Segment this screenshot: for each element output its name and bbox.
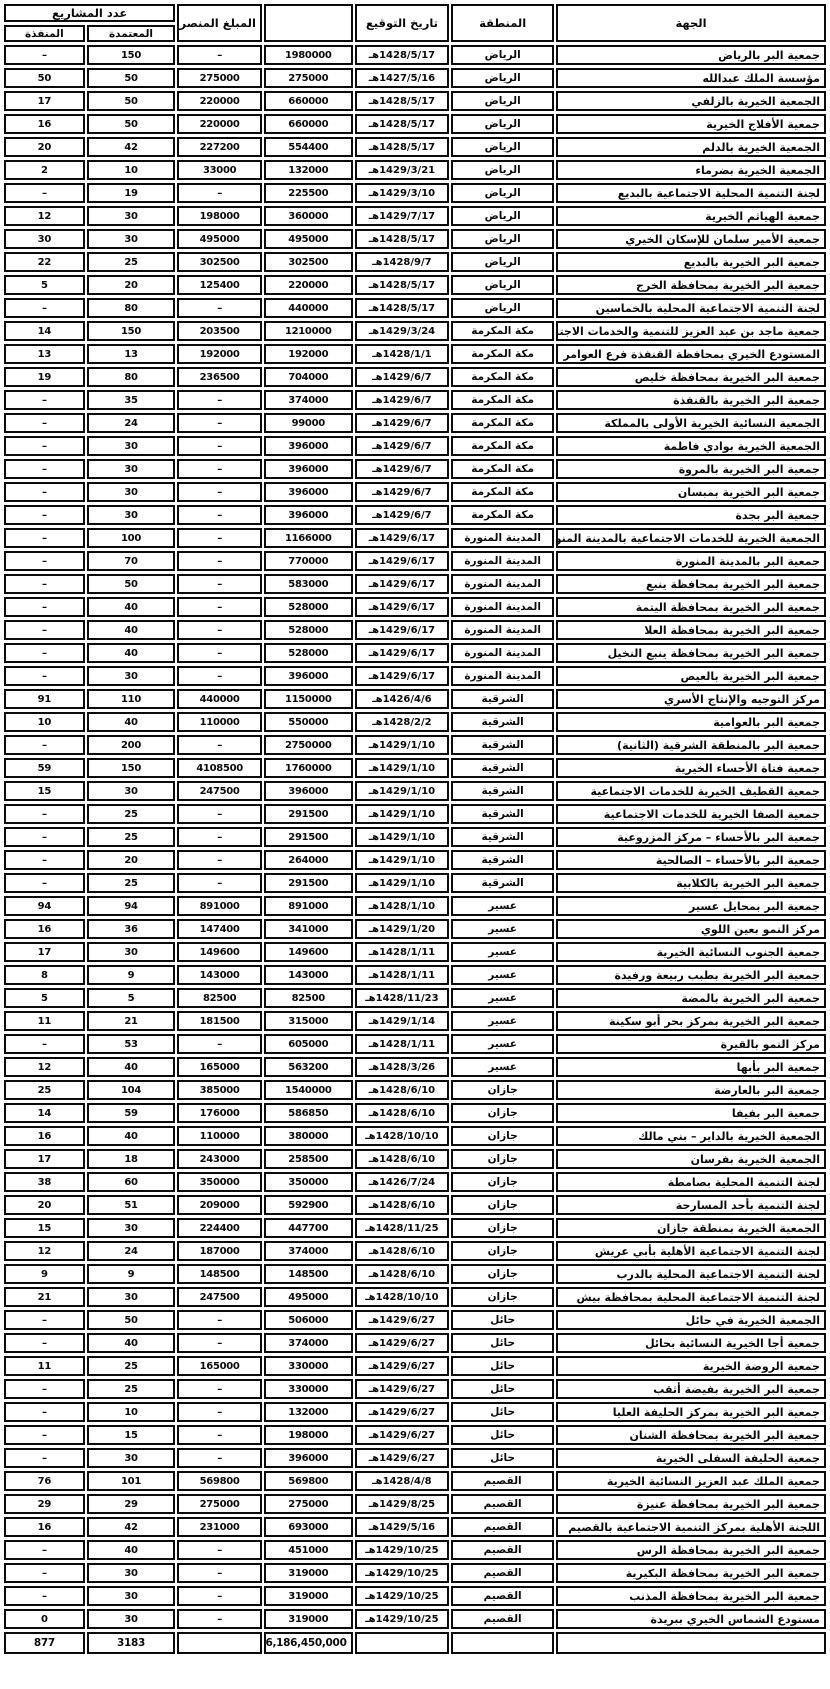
disbursed-cell: – — [177, 436, 262, 456]
region-cell: مكة المكرمة — [451, 436, 554, 456]
executed-count-cell: 29 — [4, 1494, 85, 1514]
table-row: جمعية البر الخيرية بمحافظة الرسالقصيم142… — [4, 1540, 826, 1560]
entity-cell: جمعية القطيف الخيرية للخدمات الاجتماعية — [556, 781, 826, 801]
table-row: جمعية أجا الخيرية النسائية بحائلحائل1429… — [4, 1333, 826, 1353]
region-cell: الرياض — [451, 68, 554, 88]
approved-count-cell: 25 — [87, 1356, 176, 1376]
executed-count-cell: 0 — [4, 1609, 85, 1629]
executed-count-cell: 12 — [4, 1057, 85, 1077]
region-cell: القصيم — [451, 1471, 554, 1491]
executed-count-cell: 15 — [4, 1218, 85, 1238]
region-cell: حائل — [451, 1425, 554, 1445]
disbursed-cell: – — [177, 850, 262, 870]
region-cell: الرياض — [451, 91, 554, 111]
table-row: الجمعية الخيرية للخدمات الاجتماعية بالمد… — [4, 528, 826, 548]
region-cell: الشرقية — [451, 781, 554, 801]
col-header-sign-date: تاريخ التوقيع — [355, 4, 450, 42]
sign-date-cell: 1428/6/10هـ — [355, 1080, 450, 1100]
disbursed-cell: – — [177, 1586, 262, 1606]
amount-cell: 225500 — [264, 183, 353, 203]
entity-cell: جمعية البر بجدة — [556, 505, 826, 525]
executed-count-cell: 76 — [4, 1471, 85, 1491]
approved-count-cell: 29 — [87, 1494, 176, 1514]
executed-count-cell: 21 — [4, 1287, 85, 1307]
amount-cell: 563200 — [264, 1057, 353, 1077]
table-row: جمعية القطيف الخيرية للخدمات الاجتماعيةا… — [4, 781, 826, 801]
sign-date-cell: 1429/6/7هـ — [355, 482, 450, 502]
entity-cell: لجنة التنمية المحلية بصامطة — [556, 1172, 826, 1192]
region-cell: عسير — [451, 1057, 554, 1077]
table-row: مركز النمو بالقيرةعسير1428/1/11هـ605000–… — [4, 1034, 826, 1054]
approved-count-cell: 42 — [87, 1517, 176, 1537]
entity-cell: جمعية فتاة الأحساء الخيرية — [556, 758, 826, 778]
entity-cell: جمعية الروضة الخيرية — [556, 1356, 826, 1376]
table-row: جمعية الهياثم الخيريةالرياض1429/7/17هـ36… — [4, 206, 826, 226]
entity-cell: جمعية البر بالأحساء – الصالحية — [556, 850, 826, 870]
entity-cell: جمعية الهياثم الخيرية — [556, 206, 826, 226]
amount-cell: 132000 — [264, 160, 353, 180]
disbursed-cell: – — [177, 804, 262, 824]
region-cell: الشرقية — [451, 804, 554, 824]
approved-count-cell: 18 — [87, 1149, 176, 1169]
amount-cell: 891000 — [264, 896, 353, 916]
amount-cell: 319000 — [264, 1563, 353, 1583]
approved-count-cell: 40 — [87, 1126, 176, 1146]
sign-date-cell: 1429/5/16هـ — [355, 1517, 450, 1537]
executed-count-cell: 11 — [4, 1011, 85, 1031]
col-header-entity: الجهة — [556, 4, 826, 42]
amount-cell: 149600 — [264, 942, 353, 962]
executed-count-cell: 11 — [4, 1356, 85, 1376]
executed-count-cell: 16 — [4, 919, 85, 939]
amount-cell: 1150000 — [264, 689, 353, 709]
disbursed-cell: 385000 — [177, 1080, 262, 1100]
table-row: جمعية البر الخيرية بمحافظة ينبع النخيلال… — [4, 643, 826, 663]
region-cell: جازان — [451, 1149, 554, 1169]
table-row: لجنة التنمية المحلية الاجتماعية بالبديعا… — [4, 183, 826, 203]
approved-count-cell: 100 — [87, 528, 176, 548]
disbursed-cell: – — [177, 1563, 262, 1583]
entity-cell: جمعية البر الخيرية بمحافظة اليتمة — [556, 597, 826, 617]
approved-count-cell: 50 — [87, 1310, 176, 1330]
region-cell: مكة المكرمة — [451, 367, 554, 387]
entity-cell: مركز النمو بعين اللوي — [556, 919, 826, 939]
disbursed-cell: 275000 — [177, 1494, 262, 1514]
approved-count-cell: 200 — [87, 735, 176, 755]
disbursed-cell: – — [177, 827, 262, 847]
entity-cell: الجمعية الخيرية بالداير – بني مالك — [556, 1126, 826, 1146]
disbursed-cell: 891000 — [177, 896, 262, 916]
approved-count-cell: 30 — [87, 1586, 176, 1606]
region-cell: حائل — [451, 1310, 554, 1330]
table-row: جمعية الصفا الخيرية للخدمات الاجتماعيةال… — [4, 804, 826, 824]
disbursed-cell: 247500 — [177, 1287, 262, 1307]
disbursed-cell: – — [177, 183, 262, 203]
table-row: لجنة التنمية الاجتماعية الأهلية بأبي عري… — [4, 1241, 826, 1261]
amount-cell: 770000 — [264, 551, 353, 571]
executed-count-cell: – — [4, 1333, 85, 1353]
region-cell: مكة المكرمة — [451, 390, 554, 410]
amount-cell: 319000 — [264, 1586, 353, 1606]
executed-count-cell: 2 — [4, 160, 85, 180]
table-row: الجمعية الخيرية بوادي فاطمةمكة المكرمة14… — [4, 436, 826, 456]
region-cell: الشرقية — [451, 873, 554, 893]
entity-cell: الجمعية الخيرية بالدلم — [556, 137, 826, 157]
region-cell: الرياض — [451, 252, 554, 272]
region-cell: المدينة المنورة — [451, 620, 554, 640]
table-row: جمعية البر الخيرية بمحافظة اليتمةالمدينة… — [4, 597, 826, 617]
approved-count-cell: 10 — [87, 1402, 176, 1422]
amount-cell: 495000 — [264, 229, 353, 249]
table-row: جمعية الجنوب النسائية الخيريةعسير1428/1/… — [4, 942, 826, 962]
approved-count-cell: 30 — [87, 666, 176, 686]
amount-cell: 148500 — [264, 1264, 353, 1284]
executed-count-cell: – — [4, 183, 85, 203]
table-row: جمعية البر الخيرية بفيضة أثقبحائل1429/6/… — [4, 1379, 826, 1399]
executed-count-cell: – — [4, 620, 85, 640]
grants-table: الجهة المنطقة تاريخ التوقيع المبلغ المنص… — [2, 1, 828, 1657]
disbursed-cell: 82500 — [177, 988, 262, 1008]
amount-cell: 693000 — [264, 1517, 353, 1537]
sign-date-cell: 1429/1/10هـ — [355, 873, 450, 893]
region-cell: عسير — [451, 1034, 554, 1054]
approved-count-cell: 30 — [87, 1448, 176, 1468]
region-cell: الرياض — [451, 206, 554, 226]
table-row: جمعية البر الخيرية بمحافظة عنيزةالقصيم14… — [4, 1494, 826, 1514]
approved-count-cell: 40 — [87, 597, 176, 617]
sign-date-cell: 1429/6/7هـ — [355, 436, 450, 456]
region-cell: القصيم — [451, 1540, 554, 1560]
executed-count-cell: – — [4, 1425, 85, 1445]
executed-count-cell: 8 — [4, 965, 85, 985]
amount-cell: 291500 — [264, 827, 353, 847]
table-row: جمعية البر بالأحساء – مركز المزروعيةالشر… — [4, 827, 826, 847]
entity-cell: مستودع الشماس الخيري ببريدة — [556, 1609, 826, 1629]
approved-count-cell: 70 — [87, 551, 176, 571]
table-row: جمعية الأفلاج الخيريةالرياض1428/5/17هـ66… — [4, 114, 826, 134]
entity-cell: اللجنة الأهلية بمركز التنمية الاجتماعية … — [556, 1517, 826, 1537]
approved-count-cell: 21 — [87, 1011, 176, 1031]
sign-date-cell: 1428/1/11هـ — [355, 965, 450, 985]
executed-count-cell: – — [4, 1563, 85, 1583]
table-row: لجنة التنمية المحلية بصامطةجازان1426/7/2… — [4, 1172, 826, 1192]
region-cell: الرياض — [451, 45, 554, 65]
amount-cell: 192000 — [264, 344, 353, 364]
region-cell: جازان — [451, 1195, 554, 1215]
approved-count-cell: 59 — [87, 1103, 176, 1123]
table-row: الجمعية الخيرية بالداير – بني مالكجازان1… — [4, 1126, 826, 1146]
region-cell: مكة المكرمة — [451, 505, 554, 525]
entity-cell: المستودع الخيري بمحافظة القنفذة فرع العو… — [556, 344, 826, 364]
region-cell: الشرقية — [451, 712, 554, 732]
region-cell: المدينة المنورة — [451, 574, 554, 594]
disbursed-cell: – — [177, 1540, 262, 1560]
sign-date-cell: 1429/1/10هـ — [355, 827, 450, 847]
approved-count-cell: 42 — [87, 137, 176, 157]
approved-count-cell: 30 — [87, 436, 176, 456]
approved-count-cell: 30 — [87, 942, 176, 962]
disbursed-cell: – — [177, 735, 262, 755]
amount-cell: 704000 — [264, 367, 353, 387]
executed-count-cell: 16 — [4, 114, 85, 134]
table-row: جمعية البر الخيرية بمبسانمكة المكرمة1429… — [4, 482, 826, 502]
disbursed-cell: 33000 — [177, 160, 262, 180]
table-row: جمعية البر بالمدينة المنورةالمدينة المنو… — [4, 551, 826, 571]
sign-date-cell: 1429/6/7هـ — [355, 459, 450, 479]
entity-cell: جمعية البر بالرياض — [556, 45, 826, 65]
executed-count-cell: – — [4, 505, 85, 525]
entity-cell: جمعية البر الخيرية بالقنفذة — [556, 390, 826, 410]
disbursed-cell: 350000 — [177, 1172, 262, 1192]
disbursed-cell: – — [177, 1609, 262, 1629]
entity-cell: مؤسسة الملك عبدالله — [556, 68, 826, 88]
table-row: جمعية البر الخيرية بالكلابيةالشرقية1429/… — [4, 873, 826, 893]
sign-date-cell: 1429/6/27هـ — [355, 1379, 450, 1399]
disbursed-cell: 224400 — [177, 1218, 262, 1238]
approved-count-cell: 30 — [87, 1287, 176, 1307]
region-cell: جازان — [451, 1126, 554, 1146]
region-cell: جازان — [451, 1080, 554, 1100]
region-cell: الرياض — [451, 183, 554, 203]
executed-count-cell: – — [4, 413, 85, 433]
disbursed-cell: 176000 — [177, 1103, 262, 1123]
executed-count-cell: 30 — [4, 229, 85, 249]
disbursed-cell: – — [177, 298, 262, 318]
disbursed-cell: 231000 — [177, 1517, 262, 1537]
region-cell: القصيم — [451, 1494, 554, 1514]
disbursed-cell: 495000 — [177, 229, 262, 249]
amount-cell: 586850 — [264, 1103, 353, 1123]
amount-cell: 451000 — [264, 1540, 353, 1560]
amount-cell: 132000 — [264, 1402, 353, 1422]
approved-count-cell: 24 — [87, 413, 176, 433]
disbursed-cell: – — [177, 1425, 262, 1445]
sign-date-cell: 1429/6/17هـ — [355, 528, 450, 548]
sign-date-cell: 1429/6/27هـ — [355, 1402, 450, 1422]
region-cell: القصيم — [451, 1563, 554, 1583]
disbursed-cell: 569800 — [177, 1471, 262, 1491]
executed-count-cell: 12 — [4, 1241, 85, 1261]
disbursed-cell: – — [177, 873, 262, 893]
table-row: جمعية البر الخيرية بمحافظة الشنانحائل142… — [4, 1425, 826, 1445]
approved-count-cell: 20 — [87, 275, 176, 295]
table-row: جمعية البر بالمنطقة الشرقية (الثانية)الش… — [4, 735, 826, 755]
amount-cell: 396000 — [264, 459, 353, 479]
amount-cell: 396000 — [264, 666, 353, 686]
sign-date-cell: 1429/6/27هـ — [355, 1356, 450, 1376]
executed-count-cell: 16 — [4, 1126, 85, 1146]
table-row: جمعية البر الخيرية بالقنفذةمكة المكرمة14… — [4, 390, 826, 410]
disbursed-cell: – — [177, 574, 262, 594]
disbursed-cell: 236500 — [177, 367, 262, 387]
table-row: جمعية البر الخيرية بمركز الحليفة العلياح… — [4, 1402, 826, 1422]
executed-count-cell: 12 — [4, 206, 85, 226]
sign-date-cell: 1429/8/25هـ — [355, 1494, 450, 1514]
executed-count-cell: 14 — [4, 1103, 85, 1123]
table-row: الجمعية النسائية الخيرية الأولى بالمملكة… — [4, 413, 826, 433]
sign-date-cell: 1429/3/21هـ — [355, 160, 450, 180]
disbursed-cell: 4108500 — [177, 758, 262, 778]
executed-count-cell: – — [4, 574, 85, 594]
region-cell: مكة المكرمة — [451, 459, 554, 479]
amount-cell: 275000 — [264, 1494, 353, 1514]
amount-cell: 506000 — [264, 1310, 353, 1330]
executed-count-cell: – — [4, 1540, 85, 1560]
table-row: جمعية البر الخيرية بالبديعالرياض1428/9/7… — [4, 252, 826, 272]
entity-cell: لجنة التنمية الاجتماعية المحلية بمحافظة … — [556, 1287, 826, 1307]
disbursed-cell: 143000 — [177, 965, 262, 985]
table-row: المستودع الخيري بمحافظة القنفذة فرع العو… — [4, 344, 826, 364]
entity-cell: جمعية البر بفيفا — [556, 1103, 826, 1123]
table-row: اللجنة الأهلية بمركز التنمية الاجتماعية … — [4, 1517, 826, 1537]
amount-cell: 258500 — [264, 1149, 353, 1169]
table-row: جمعية البر بفيفاجازان1428/6/10هـ58685017… — [4, 1103, 826, 1123]
entity-cell: لجنة التنمية المحلية الاجتماعية بالبديع — [556, 183, 826, 203]
sign-date-cell: 1428/4/8هـ — [355, 1471, 450, 1491]
executed-count-cell: – — [4, 482, 85, 502]
entity-cell: مركز النمو بالقيرة — [556, 1034, 826, 1054]
entity-cell: جمعية البر الخيرية بمحافظة ينبع — [556, 574, 826, 594]
executed-count-cell: 22 — [4, 252, 85, 272]
sign-date-cell: 1429/6/17هـ — [355, 574, 450, 594]
executed-count-cell: – — [4, 1402, 85, 1422]
disbursed-cell: – — [177, 620, 262, 640]
entity-cell: الجمعية النسائية الخيرية الأولى بالمملكة — [556, 413, 826, 433]
entity-cell — [556, 1632, 826, 1654]
amount-cell: 440000 — [264, 298, 353, 318]
disbursed-cell: – — [177, 528, 262, 548]
amount-cell: 99000 — [264, 413, 353, 433]
entity-cell: لجنة التنمية الاجتماعية الأهلية بأبي عري… — [556, 1241, 826, 1261]
table-row: الجمعية الخيرية بضرماءالرياض1429/3/21هـ1… — [4, 160, 826, 180]
sign-date-cell: 1429/1/10هـ — [355, 850, 450, 870]
executed-count-cell: – — [4, 298, 85, 318]
amount-cell: 36,186,450,000 — [264, 1632, 353, 1654]
executed-count-cell: 38 — [4, 1172, 85, 1192]
amount-cell: 82500 — [264, 988, 353, 1008]
approved-count-cell: 40 — [87, 620, 176, 640]
sign-date-cell: 1428/6/10هـ — [355, 1264, 450, 1284]
sign-date-cell: 1428/5/17هـ — [355, 137, 450, 157]
approved-count-cell: 30 — [87, 505, 176, 525]
amount-cell: 660000 — [264, 114, 353, 134]
executed-count-cell: – — [4, 804, 85, 824]
sign-date-cell: 1429/6/7هـ — [355, 367, 450, 387]
region-cell: جازان — [451, 1241, 554, 1261]
amount-cell: 220000 — [264, 275, 353, 295]
amount-cell: 143000 — [264, 965, 353, 985]
table-row: لجنة التنمية الاجتماعية المحلية بالخماسي… — [4, 298, 826, 318]
disbursed-cell: 243000 — [177, 1149, 262, 1169]
col-header-amount — [264, 4, 353, 42]
entity-cell: جمعية البر بالأحساء – مركز المزروعية — [556, 827, 826, 847]
sign-date-cell: 1429/6/17هـ — [355, 597, 450, 617]
executed-count-cell: 20 — [4, 137, 85, 157]
approved-count-cell: 5 — [87, 988, 176, 1008]
entity-cell: جمعية ماجد بن عبد العزيز للتنمية والخدما… — [556, 321, 826, 341]
sign-date-cell: 1428/1/11هـ — [355, 1034, 450, 1054]
sign-date-cell: 1429/1/10هـ — [355, 781, 450, 801]
approved-count-cell: 25 — [87, 252, 176, 272]
executed-count-cell: 17 — [4, 1149, 85, 1169]
disbursed-cell: 302500 — [177, 252, 262, 272]
approved-count-cell: 30 — [87, 1609, 176, 1629]
region-cell: المدينة المنورة — [451, 551, 554, 571]
amount-cell: 396000 — [264, 781, 353, 801]
amount-cell: 341000 — [264, 919, 353, 939]
sign-date-cell: 1428/11/23هـ — [355, 988, 450, 1008]
amount-cell: 569800 — [264, 1471, 353, 1491]
region-cell: الرياض — [451, 137, 554, 157]
sign-date-cell: 1429/1/10هـ — [355, 758, 450, 778]
approved-count-cell: 51 — [87, 1195, 176, 1215]
approved-count-cell: 30 — [87, 1563, 176, 1583]
sign-date-cell: 1428/5/17هـ — [355, 229, 450, 249]
executed-count-cell: – — [4, 390, 85, 410]
disbursed-cell: 110000 — [177, 1126, 262, 1146]
disbursed-cell: 209000 — [177, 1195, 262, 1215]
entity-cell: جمعية البر الخيرية بمحافظة البكيرية — [556, 1563, 826, 1583]
executed-count-cell: – — [4, 873, 85, 893]
col-header-approved: المعتمدة — [87, 25, 176, 42]
disbursed-cell: – — [177, 390, 262, 410]
region-cell: عسير — [451, 1011, 554, 1031]
sign-date-cell: 1428/5/17هـ — [355, 298, 450, 318]
table-row: جمعية البر بأبهاعسير1428/3/26هـ563200165… — [4, 1057, 826, 1077]
approved-count-cell: 25 — [87, 1379, 176, 1399]
sign-date-cell: 1428/5/17هـ — [355, 275, 450, 295]
approved-count-cell: 35 — [87, 390, 176, 410]
region-cell: المدينة المنورة — [451, 597, 554, 617]
approved-count-cell: 50 — [87, 91, 176, 111]
entity-cell: جمعية البر الخيرية بمحافظة خليص — [556, 367, 826, 387]
amount-cell: 380000 — [264, 1126, 353, 1146]
amount-cell: 528000 — [264, 620, 353, 640]
sign-date-cell: 1429/1/14هـ — [355, 1011, 450, 1031]
amount-cell: 1760000 — [264, 758, 353, 778]
region-cell: حائل — [451, 1356, 554, 1376]
approved-count-cell: 30 — [87, 1218, 176, 1238]
disbursed-cell: 125400 — [177, 275, 262, 295]
table-row: جمعية البر الخيرية بمركز بحر أبو سكينةعس… — [4, 1011, 826, 1031]
approved-count-cell: 150 — [87, 758, 176, 778]
executed-count-cell: – — [4, 1034, 85, 1054]
disbursed-cell: 187000 — [177, 1241, 262, 1261]
executed-count-cell: – — [4, 1379, 85, 1399]
table-row: جمعية البر بمحايل عسيرعسير1428/1/10هـ891… — [4, 896, 826, 916]
sign-date-cell: 1428/1/1هـ — [355, 344, 450, 364]
region-cell: حائل — [451, 1333, 554, 1353]
sign-date-cell: 1428/3/26هـ — [355, 1057, 450, 1077]
disbursed-cell: – — [177, 505, 262, 525]
amount-cell: 291500 — [264, 873, 353, 893]
region-cell: عسير — [451, 919, 554, 939]
col-header-executed: المنفذة — [4, 25, 85, 42]
sign-date-cell: 1428/10/10هـ — [355, 1287, 450, 1307]
sign-date-cell: 1429/10/25هـ — [355, 1563, 450, 1583]
region-cell: الرياض — [451, 160, 554, 180]
disbursed-cell: 181500 — [177, 1011, 262, 1031]
disbursed-cell: – — [177, 413, 262, 433]
region-cell: عسير — [451, 988, 554, 1008]
amount-cell: 1166000 — [264, 528, 353, 548]
executed-count-cell: 19 — [4, 367, 85, 387]
sign-date-cell: 1429/6/27هـ — [355, 1310, 450, 1330]
sign-date-cell: 1429/1/10هـ — [355, 804, 450, 824]
approved-count-cell: 30 — [87, 229, 176, 249]
amount-cell: 302500 — [264, 252, 353, 272]
approved-count-cell: 40 — [87, 712, 176, 732]
